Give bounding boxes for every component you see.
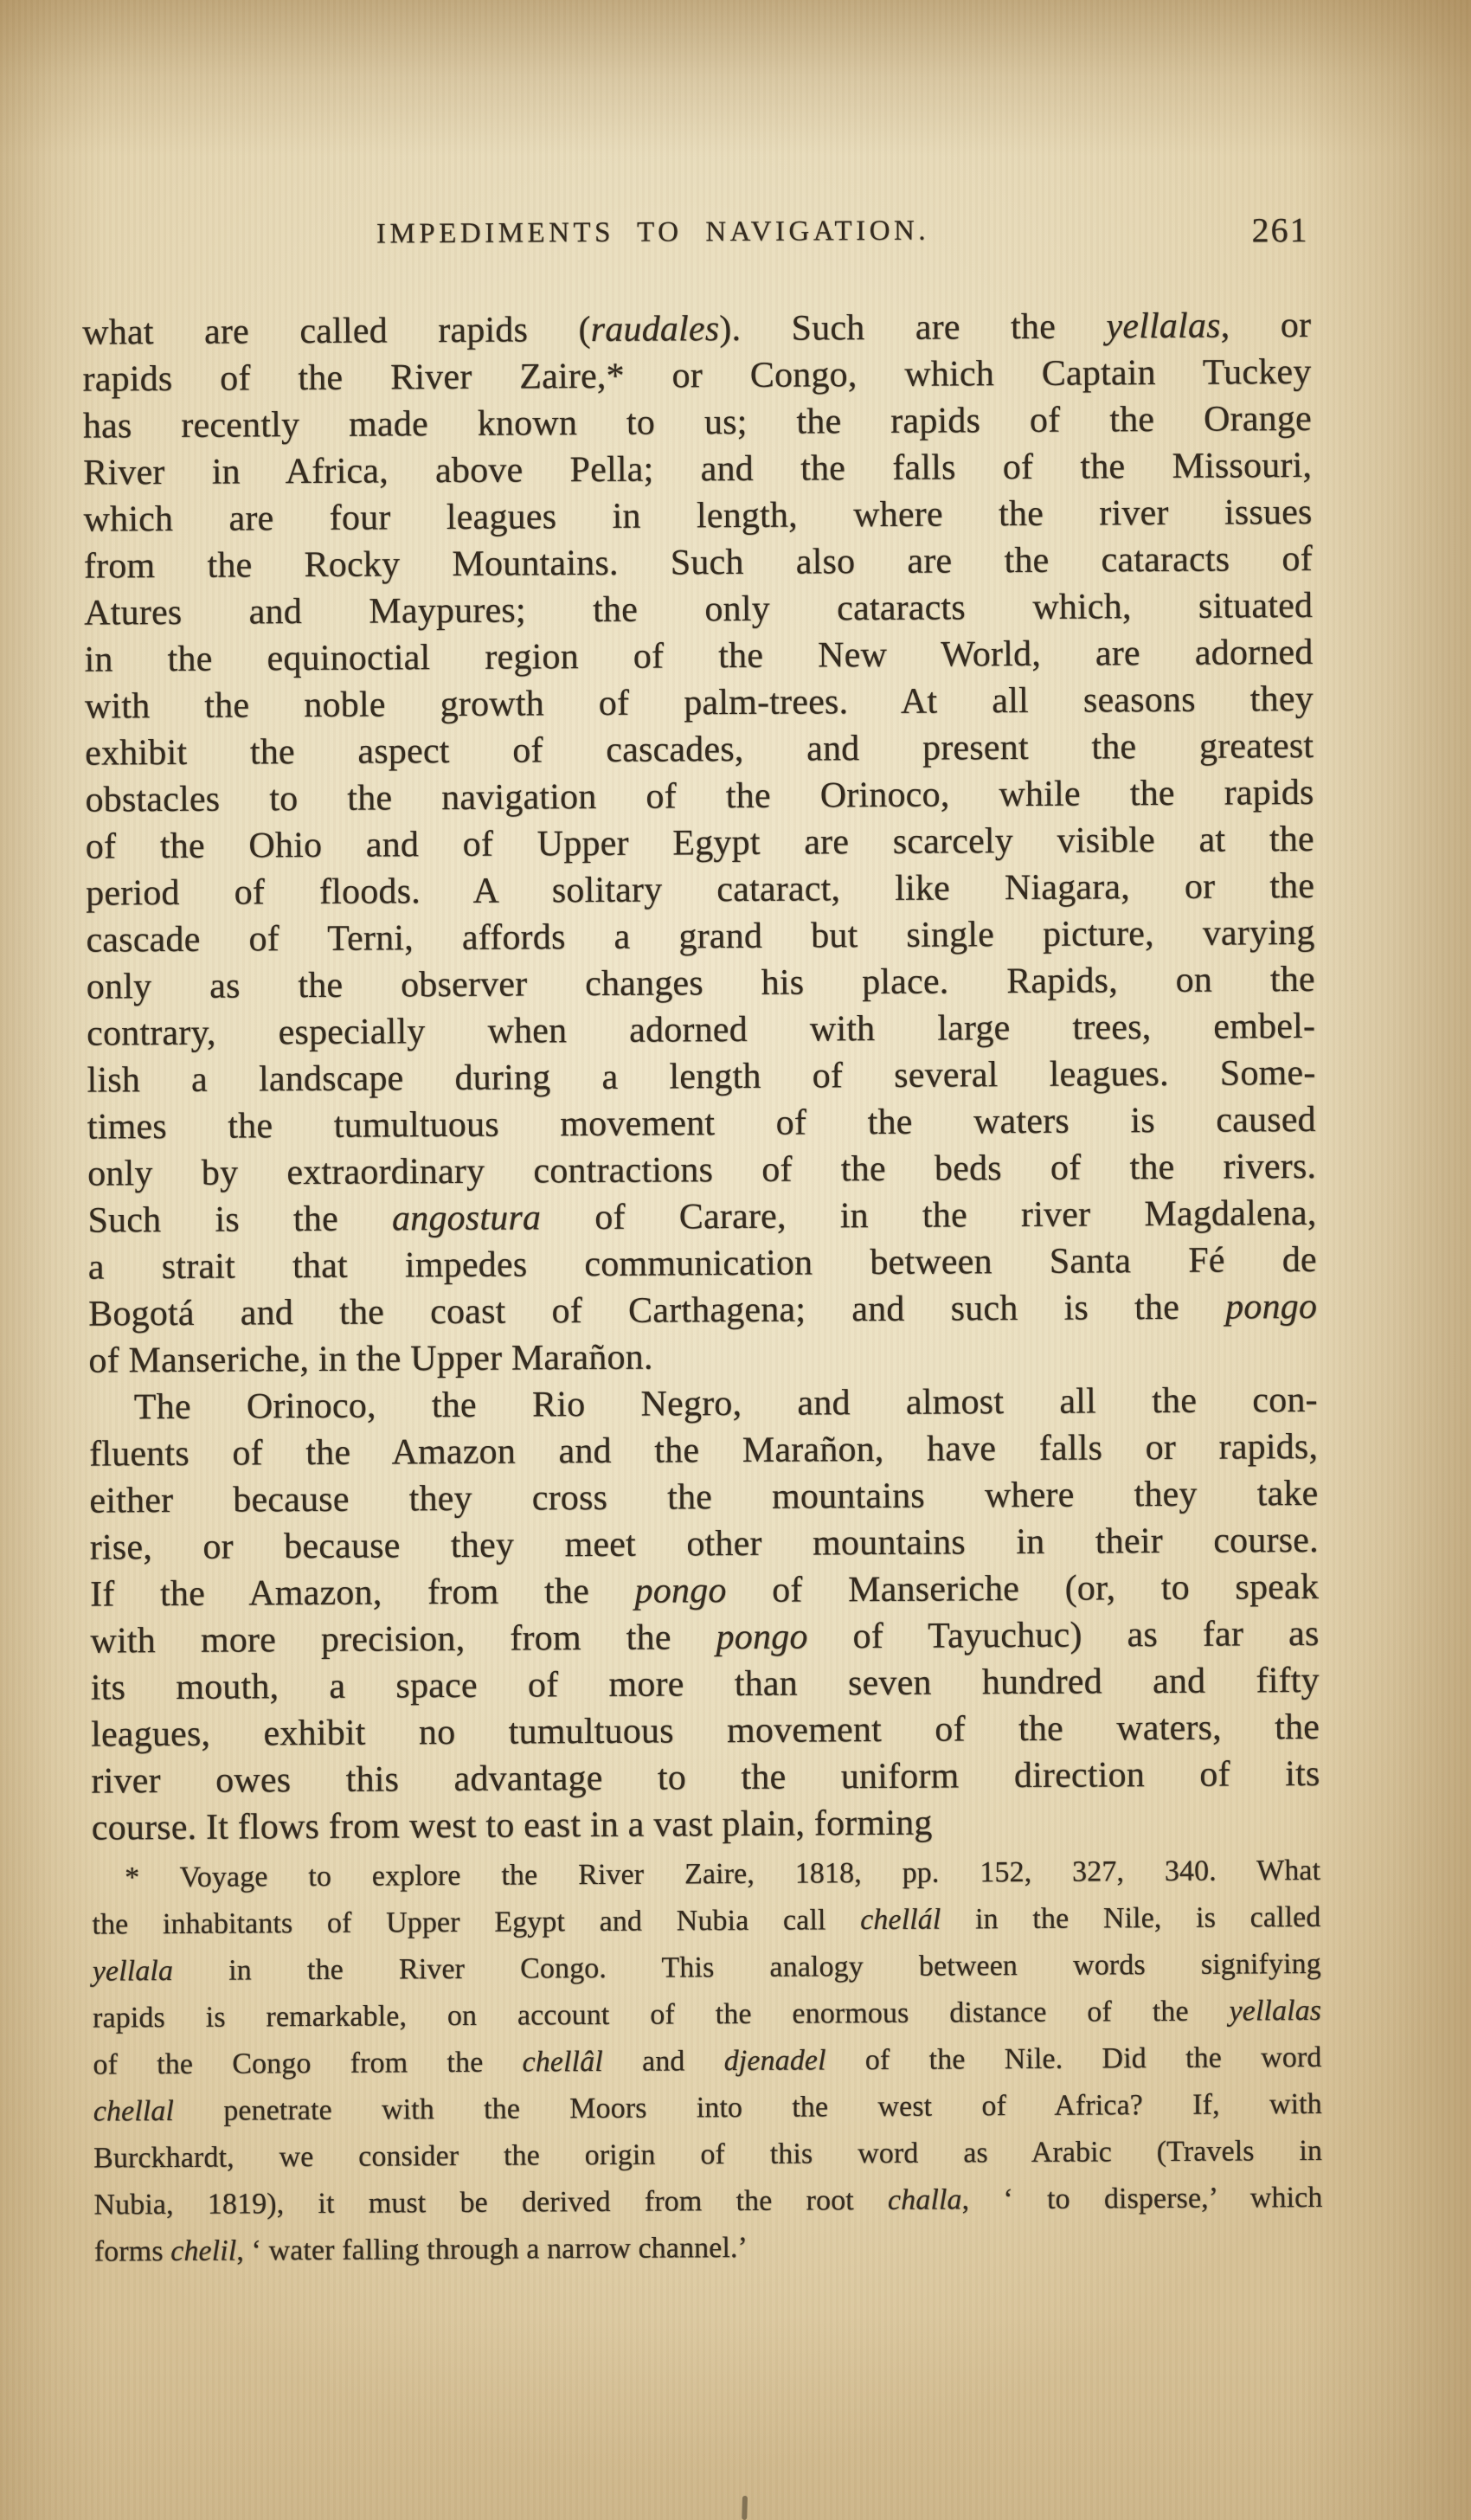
footnote-line: yellala in the River Congo. This analogy… [93,1941,1321,1996]
footnote-line: Burckhardt, we consider the origin of th… [93,2128,1322,2182]
italic-term: pongo [716,1617,807,1658]
body-text-line: has recently made known to us; the rapid… [83,395,1312,450]
italic-term: yellalas [1229,1995,1321,2028]
text-segment: exhibit the aspect of cascades, and pres… [85,726,1314,774]
footnote-line: the inhabitants of Upper Egypt and Nubia… [92,1894,1320,1949]
body-text-line: period of floods. A solitary cataract, l… [86,863,1314,917]
text-segment: obstacles to the navigation of the Orino… [85,773,1314,820]
body-text-line: a strait that impedes communication betw… [88,1237,1317,1291]
body-text-line: River in Africa, above Pella; and the fa… [83,442,1312,497]
body-text-line: leagues, exhibit no tumultuous movement … [91,1704,1320,1758]
text-segment: a strait that impedes communication betw… [88,1240,1317,1288]
text-segment: River in Africa, above Pella; and the fa… [83,446,1312,493]
body-text-line: Bogotá and the coast of Carthagena; and … [88,1283,1317,1338]
body-text-line: rapids of the River Zaire,* or Congo, wh… [82,349,1311,403]
footnote-line: Nubia, 1819), it must be derived from th… [93,2175,1322,2229]
text-segment: in the River Congo. This analogy between… [173,1948,1321,1987]
body-text-line: Such is the angostura of Carare, in the … [87,1190,1316,1244]
text-segment: of the Congo from the [93,2047,522,2081]
body-text-line: lish a landscape during a length of seve… [87,1050,1315,1104]
text-segment: from the Rocky Mountains. Such also are … [84,539,1313,587]
body-text: what are called rapids (raudales). Such … [82,302,1320,1852]
text-segment: has recently made known to us; the rapid… [83,399,1312,447]
body-text-line: course. It flows from west to east in a … [92,1797,1320,1852]
text-segment: its mouth, a space of more than seven hu… [91,1661,1320,1708]
text-segment: If the Amazon, from the [90,1572,635,1615]
page-number: 261 [1251,209,1308,250]
text-segment: with the noble growth of palm-trees. At … [85,679,1314,727]
text-segment: which are four leagues in length, where … [83,492,1312,540]
text-segment: only as the observer changes his place. … [87,960,1315,1007]
italic-term: yellalas [1106,306,1221,347]
text-segment: , ‘ to disperse,’ which [961,2182,1322,2216]
text-segment: in the equinoctial region of the New Wor… [84,633,1313,680]
text-segment: The Orinoco, the Rio Negro, and almost a… [134,1380,1318,1427]
body-text-line: which are four leagues in length, where … [83,489,1312,543]
text-segment: times the tumultuous movement of the wat… [87,1100,1316,1147]
italic-term: chelil [170,2235,236,2267]
text-segment: the inhabitants of Upper Egypt and Nubia… [92,1904,860,1940]
body-text-line: fluents of the Amazon and the Marañon, h… [89,1424,1318,1478]
body-text-line: its mouth, a space of more than seven hu… [91,1657,1320,1712]
text-segment: river owes this advantage to the uniform… [91,1754,1320,1802]
body-text-line: either because they cross the mountains … [89,1470,1318,1525]
text-segment: rapids of the River Zaire,* or Congo, wh… [82,352,1311,400]
text-segment: Nubia, 1819), it must be derived from th… [93,2184,888,2221]
italic-term: djenadel [724,2044,826,2077]
body-text-line: If the Amazon, from the pongo of Manseri… [90,1564,1319,1618]
italic-term: yellala [93,1955,173,1988]
text-segment: rise, or because they meet other mountai… [90,1520,1319,1568]
text-segment: leagues, exhibit no tumultuous movement … [91,1707,1320,1755]
body-text-line: obstacles to the navigation of the Orino… [85,769,1314,824]
body-text-line: only as the observer changes his place. … [87,956,1315,1011]
text-segment: of Manseriche (or, to speak [726,1567,1319,1610]
text-segment: course. It flows from west to east in a … [92,1803,933,1848]
text-segment: what are called rapids ( [82,310,591,353]
body-text-line: only by extraordinary contractions of th… [87,1143,1316,1198]
footnote-line: * Voyage to explore the River Zaire, 181… [92,1848,1320,1902]
italic-term: chellal [93,2095,174,2128]
italic-term: chellâl [522,2046,602,2079]
text-segment: rapids is remarkable, on account of the … [93,1996,1230,2035]
text-segment: of the Ohio and of Upper Egypt are scarc… [86,820,1314,867]
italic-term: raudales [591,309,720,350]
text-segment: of the Nile. Did the word [825,2041,1321,2076]
text-segment: forms [94,2235,171,2268]
text-segment: with more precision, from the [90,1617,716,1661]
text-segment: Bogotá and the coast of Carthagena; and … [88,1288,1225,1334]
text-segment: only by extraordinary contractions of th… [87,1147,1316,1194]
text-segment: , or [1221,305,1312,346]
footnote-line: of the Congo from the chellâl and djenad… [93,2035,1321,2089]
body-text-line: cascade of Terni, affords a grand but si… [86,910,1314,964]
italic-term: pongo [1225,1287,1317,1327]
text-segment: of Manseriche, in the Upper Marañon. [88,1338,652,1381]
page-title: IMPEDIMENTS TO NAVIGATION. [376,215,929,251]
text-segment: Atures and Maypures; the only cataracts … [84,586,1313,633]
text-segment: lish a landscape during a length of seve… [87,1053,1315,1101]
body-text-line: times the tumultuous movement of the wat… [87,1096,1316,1151]
text-segment: ). Such are the [719,306,1106,349]
italic-term: pongo [634,1571,726,1611]
body-text-line: from the Rocky Mountains. Such also are … [84,536,1313,590]
text-segment: and [603,2045,724,2078]
italic-term: chellál [860,1904,941,1937]
running-header: IMPEDIMENTS TO NAVIGATION. 261 [81,213,1310,262]
body-text-line: of Manseriche, in the Upper Marañon. [88,1330,1317,1385]
text-segment: of Tayuchuc) as far as [807,1614,1319,1657]
text-segment: Such is the [87,1199,392,1240]
body-text-line: exhibit the aspect of cascades, and pres… [85,723,1314,777]
text-segment: fluents of the Amazon and the Marañon, h… [89,1427,1318,1475]
scan-artifact-mark [742,2496,748,2520]
footnote-line: rapids is remarkable, on account of the … [93,1988,1321,2042]
body-text-line: Atures and Maypures; the only cataracts … [84,582,1313,637]
italic-term: angostura [392,1198,541,1238]
text-segment: in the Nile, is called [941,1901,1320,1936]
footnote-line: chellal penetrate with the Moors into th… [93,2081,1322,2136]
text-segment: * Voyage to explore the River Zaire, 181… [125,1855,1320,1893]
body-text-line: of the Ohio and of Upper Egypt are scarc… [86,816,1314,871]
text-segment: cascade of Terni, affords a grand but si… [86,913,1314,961]
text-segment: Burckhardt, we consider the origin of th… [93,2135,1322,2175]
text-segment: of Carare, in the river Magdalena, [541,1193,1317,1237]
body-text-line: rise, or because they meet other mountai… [90,1517,1319,1572]
text-segment: period of floods. A solitary cataract, l… [86,866,1314,914]
text-segment: either because they cross the mountains … [89,1474,1318,1521]
footnote: * Voyage to explore the River Zaire, 181… [92,1848,1323,2276]
text-segment: penetrate with the Moors into the west o… [174,2088,1322,2127]
body-text-line: what are called rapids (raudales). Such … [82,302,1311,357]
footnote-line: forms chelil, ‘ water falling through a … [94,2221,1323,2276]
body-text-line: in the equinoctial region of the New Wor… [84,629,1313,684]
body-text-line: contrary, especially when adorned with l… [87,1003,1315,1057]
text-segment: contrary, especially when adorned with l… [87,1006,1315,1054]
body-text-line: with the noble growth of palm-trees. At … [85,676,1314,730]
body-text-line: The Orinoco, the Rio Negro, and almost a… [89,1377,1318,1431]
italic-term: challa [888,2183,962,2216]
scanned-book-page: IMPEDIMENTS TO NAVIGATION. 261 what are … [0,0,1471,2520]
body-text-line: with more precision, from the pongo of T… [90,1610,1319,1665]
body-text-line: river owes this advantage to the uniform… [91,1751,1320,1805]
text-segment: , ‘ water falling through a narrow chann… [236,2232,748,2267]
